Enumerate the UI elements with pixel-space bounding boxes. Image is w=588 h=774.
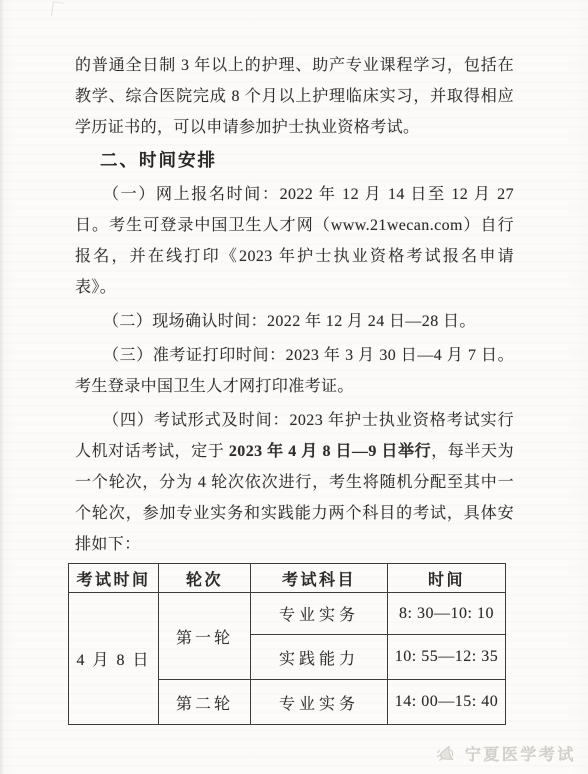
table-row: 4 月 8 日 第一轮 专业实务 8: 30—10: 10 bbox=[69, 593, 506, 635]
cell-exam-date: 4 月 8 日 bbox=[69, 593, 159, 725]
cell-subject: 实践能力 bbox=[251, 635, 388, 680]
header-exam-date: 考试时间 bbox=[69, 564, 159, 593]
megaphone-icon bbox=[434, 743, 460, 765]
scan-edge-shadow bbox=[0, 0, 4, 774]
cell-round-1: 第一轮 bbox=[159, 593, 251, 680]
cell-subject: 专业实务 bbox=[251, 593, 388, 635]
item-online-registration: （一）网上报名时间：2022 年 12 月 14 日至 12 月 27 日。考生… bbox=[75, 179, 514, 303]
cell-time: 10: 55—12: 35 bbox=[388, 635, 506, 680]
item-exam-format-and-time: （四）考试形式及时间：2023 年护士执业资格考试实行人机对话考试，定于 202… bbox=[75, 405, 514, 560]
item-onsite-confirmation: （二）现场确认时间：2022 年 12 月 24 日—28 日。 bbox=[75, 306, 514, 337]
section-heading-time-arrangement: 二、时间安排 bbox=[75, 145, 514, 176]
item-admission-ticket-printing: （三）准考证打印时间：2023 年 3 月 30 日—4 月 7 日。考生登录中… bbox=[75, 340, 514, 402]
watermark-text: 宁夏医学考试 bbox=[465, 742, 576, 765]
header-subject: 考试科目 bbox=[251, 564, 388, 593]
item4-exam-date-bold: 2023 年 4 月 8 日—9 日举行 bbox=[229, 443, 431, 460]
table-header-row: 考试时间 轮次 考试科目 时间 bbox=[69, 564, 506, 593]
cell-round-2: 第二轮 bbox=[159, 680, 251, 725]
document-page: 的普通全日制 3 年以上的护理、助产专业课程学习，包括在教学、综合医院完成 8 … bbox=[0, 0, 588, 774]
watermark: 宁夏医学考试 bbox=[434, 742, 576, 765]
exam-schedule-table: 考试时间 轮次 考试科目 时间 4 月 8 日 第一轮 专业实务 8: 30—1… bbox=[68, 563, 506, 725]
scan-artifact bbox=[51, 1, 64, 17]
header-time: 时间 bbox=[388, 564, 506, 593]
header-round: 轮次 bbox=[159, 564, 251, 593]
paragraph-eligibility-continuation: 的普通全日制 3 年以上的护理、助产专业课程学习，包括在教学、综合医院完成 8 … bbox=[75, 50, 514, 143]
cell-subject: 专业实务 bbox=[251, 680, 388, 725]
cell-time: 8: 30—10: 10 bbox=[388, 593, 506, 635]
document-body: 的普通全日制 3 年以上的护理、助产专业课程学习，包括在教学、综合医院完成 8 … bbox=[75, 50, 514, 725]
cell-time: 14: 00—15: 40 bbox=[388, 680, 506, 725]
